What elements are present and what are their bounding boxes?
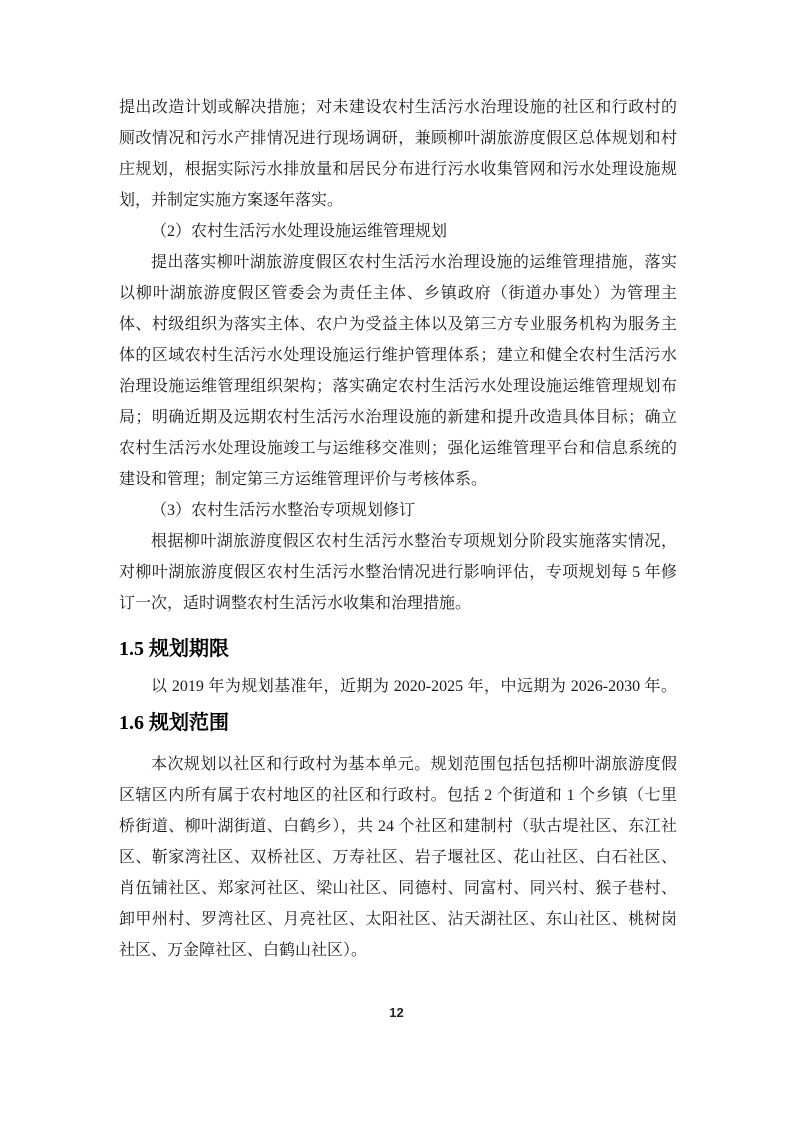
section-1-5-heading: 1.5 规划期限 bbox=[119, 636, 677, 662]
subitem-3-paragraph: 根据柳叶湖旅游度假区农村生活污水整治专项规划分阶段实施落实情况，对柳叶湖旅游度假… bbox=[119, 526, 677, 619]
subitem-2-title: （2）农村生活污水处理设施运维管理规划 bbox=[119, 216, 677, 247]
section-1-6-paragraph: 本次规划以社区和行政村为基本单元。规划范围包括包括柳叶湖旅游度假区辖区内所有属于… bbox=[119, 749, 677, 966]
section-1-6-heading: 1.6 规划范围 bbox=[119, 710, 677, 736]
paragraph-continuation: 提出改造计划或解决措施；对未建设农村生活污水治理设施的社区和行政村的厕改情况和污… bbox=[119, 92, 677, 216]
section-1-5-paragraph: 以 2019 年为规划基准年，近期为 2020-2025 年，中远期为 2026… bbox=[119, 671, 677, 702]
document-page: 提出改造计划或解决措施；对未建设农村生活污水治理设施的社区和行政村的厕改情况和污… bbox=[0, 0, 793, 1122]
subitem-2-paragraph: 提出落实柳叶湖旅游度假区农村生活污水治理设施的运维管理措施，落实以柳叶湖旅游度假… bbox=[119, 247, 677, 495]
subitem-3-title: （3）农村生活污水整治专项规划修订 bbox=[119, 495, 677, 526]
page-content: 提出改造计划或解决措施；对未建设农村生活污水治理设施的社区和行政村的厕改情况和污… bbox=[119, 92, 677, 966]
page-number: 12 bbox=[0, 1005, 793, 1020]
